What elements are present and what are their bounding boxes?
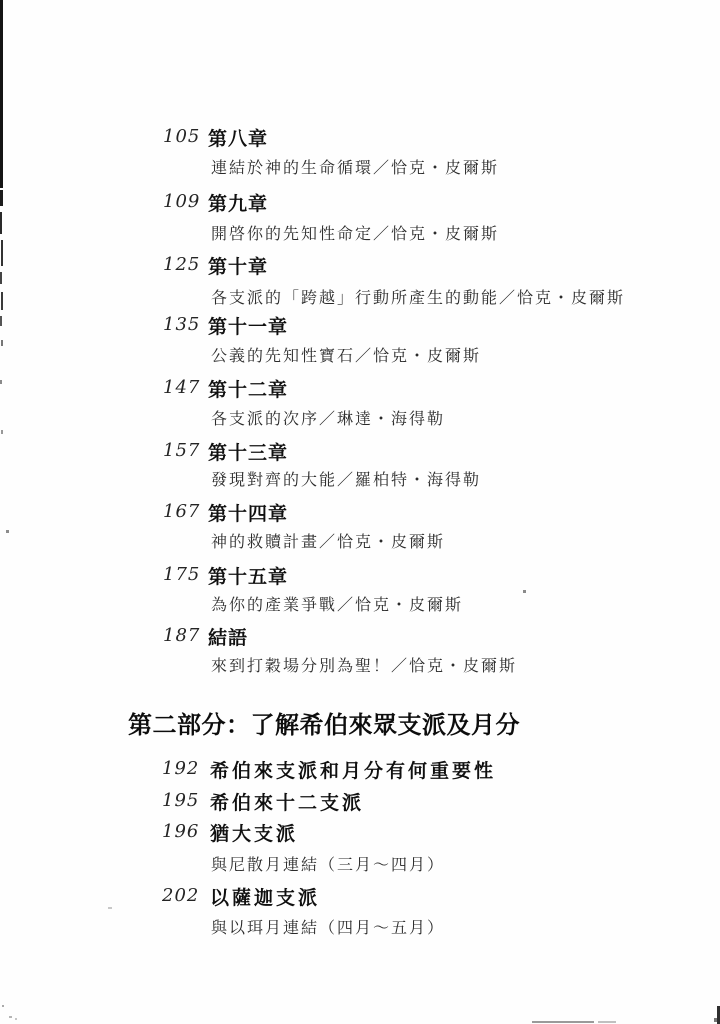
scan-artifact-left-edge — [1, 292, 3, 310]
toc-page-number: 192 — [162, 758, 199, 779]
toc-section-title: 猶大支派 — [210, 819, 298, 846]
toc-page-number: 195 — [162, 790, 199, 811]
scan-artifact-left-edge — [1, 240, 3, 266]
toc-chapter-title: 第八章 — [208, 124, 268, 151]
scan-artifact-left-edge — [0, 0, 3, 188]
toc-chapter-title: 第十三章 — [208, 438, 288, 465]
toc-chapter-subtitle: 來到打穀場分別為聖！／恰克・皮爾斯 — [211, 653, 517, 676]
toc-chapter-subtitle: 公義的先知性寶石／恰克・皮爾斯 — [211, 343, 481, 366]
scan-speck — [108, 907, 112, 909]
toc-page-number: 147 — [163, 377, 200, 398]
toc-chapter-title: 第十四章 — [208, 499, 288, 526]
toc-section-subtitle: 與以珥月連結（四月～五月） — [211, 915, 445, 938]
toc-chapter-subtitle: 開啓你的先知性命定／恰克・皮爾斯 — [211, 221, 499, 244]
toc-section-subtitle: 與尼散月連結（三月～四月） — [211, 852, 445, 875]
toc-chapter-title: 第十章 — [208, 252, 268, 279]
toc-section-title: 希伯來支派和月分有何重要性 — [210, 756, 496, 783]
scanned-book-page: 105 第八章 連結於神的生命循環／恰克・皮爾斯 109 第九章 開啓你的先知性… — [0, 0, 720, 1024]
scan-artifact-left-edge — [1, 430, 3, 434]
toc-chapter-subtitle: 各支派的次序／琳達・海得勒 — [211, 406, 445, 429]
toc-chapter-subtitle: 各支派的「跨越」行動所產生的動能／恰克・皮爾斯 — [211, 285, 625, 308]
scan-artifact-left-edge — [0, 316, 2, 326]
scan-speck — [15, 1018, 17, 1020]
toc-page-number: 196 — [162, 821, 199, 842]
toc-chapter-subtitle: 連結於神的生命循環／恰克・皮爾斯 — [211, 155, 499, 178]
scan-speck — [523, 590, 526, 593]
scan-artifact-bottom-line — [532, 1021, 594, 1023]
scan-artifact-right-edge — [714, 1018, 717, 1022]
toc-chapter-subtitle: 發現對齊的大能／羅柏特・海得勒 — [211, 467, 481, 490]
scan-artifact-left-edge — [0, 212, 2, 234]
part-two-section-heading: 第二部分：了解希伯來眾支派及月分 — [128, 705, 520, 740]
toc-section-title: 以薩迦支派 — [210, 883, 320, 910]
toc-chapter-subtitle: 為你的產業爭戰／恰克・皮爾斯 — [211, 592, 463, 615]
toc-chapter-title: 第十二章 — [208, 375, 288, 402]
scan-artifact-left-edge — [0, 190, 3, 206]
toc-page-number: 135 — [163, 314, 200, 335]
toc-page-number: 202 — [162, 885, 199, 906]
scan-artifact-left-edge — [0, 380, 2, 384]
scan-artifact-left-edge — [1, 340, 3, 346]
scan-artifact-bottom-line — [598, 1021, 616, 1023]
scan-artifact-left-edge — [0, 272, 2, 284]
toc-chapter-title: 第十一章 — [208, 312, 288, 339]
scan-speck — [9, 1016, 12, 1018]
toc-page-number: 157 — [163, 440, 200, 461]
toc-page-number: 167 — [163, 501, 200, 522]
toc-page-number: 187 — [163, 625, 200, 646]
toc-chapter-subtitle: 神的救贖計畫／恰克・皮爾斯 — [211, 529, 445, 552]
scan-speck — [6, 530, 9, 533]
toc-chapter-title: 第十五章 — [208, 562, 288, 589]
toc-chapter-title: 結語 — [208, 623, 248, 650]
toc-section-title: 希伯來十二支派 — [210, 788, 364, 815]
toc-page-number: 175 — [163, 564, 200, 585]
toc-page-number: 105 — [163, 126, 200, 147]
toc-page-number: 125 — [163, 254, 200, 275]
scan-speck — [2, 1005, 4, 1007]
toc-page-number: 109 — [163, 191, 200, 212]
toc-chapter-title: 第九章 — [208, 189, 268, 216]
